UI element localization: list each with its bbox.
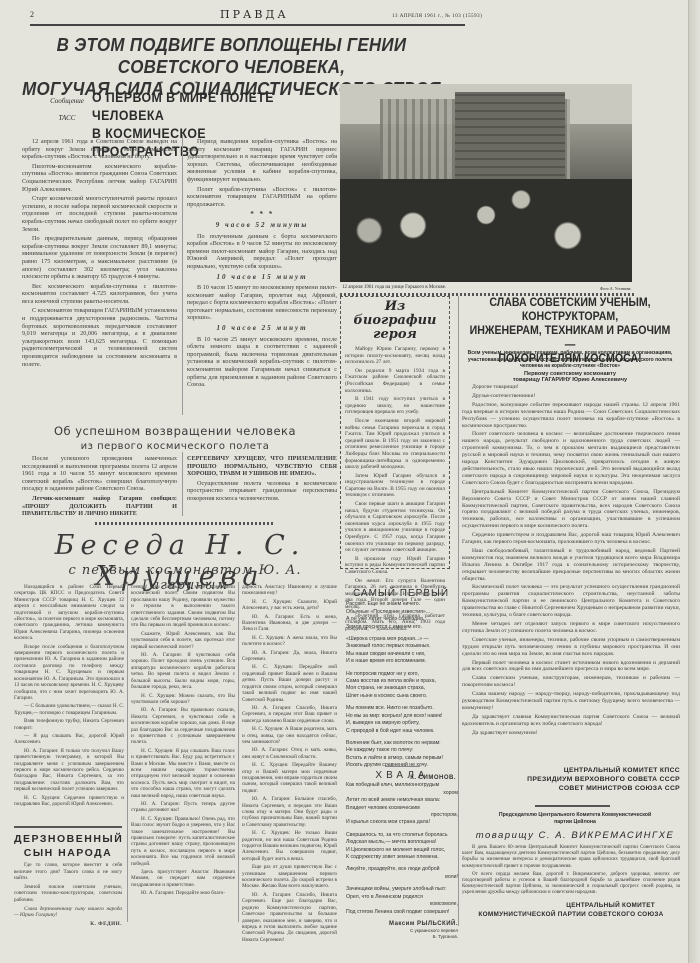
- poem-line: Свершилось то, за что столетья боролась: [346, 832, 458, 839]
- issue-date: 13 АПРЕЛЯ 1961 г., № 103 (15593): [392, 14, 482, 19]
- appeal-lead-text: Всем ученым, инженерам, техникам, рабочи…: [460, 350, 680, 370]
- appeal-lead: Всем ученым, инженерам, техникам, рабочи…: [460, 350, 680, 384]
- paragraph: Осуществление полета человека в космичес…: [187, 480, 337, 503]
- paragraph: В день Вашего 60-летия Центральный Комит…: [462, 845, 680, 870]
- paragraph: Н. С. Хрущев: Я рад слышать Ваш голос и …: [131, 748, 235, 799]
- poem-line: Встать и лайти в атмор, самым первым!: [346, 755, 456, 762]
- poem-line: Знакомый голос первых позывных.: [346, 643, 456, 650]
- paragraph: Вскоре после сообщения о благополучном з…: [14, 644, 124, 702]
- paragraph: Свои первые шаги в авиации Гагарин начал…: [345, 501, 445, 554]
- poem-line: К содружеству зовет земные племена.: [346, 854, 458, 861]
- derzhnovenny-text: Где то слово, которое вместит в себя вел…: [14, 862, 122, 927]
- stanza: Мы помним все. Никто не позабыто. Но мы …: [346, 705, 456, 735]
- paragraph: По полученным данным с борта космическог…: [187, 233, 337, 271]
- paragraph: Старт космической многоступенчатой ракет…: [22, 195, 177, 233]
- masthead: 2 ПРАВДА: [30, 8, 470, 30]
- section-divider: [385, 766, 420, 767]
- page-number: 2: [30, 10, 34, 19]
- appeal-addressee-name: товарищу ГАГАРИНУ Юрию Алексеевичу: [460, 377, 680, 384]
- appeal-text: Дорогие товарищи! Друзья-соотечественник…: [462, 384, 680, 739]
- tass-stars-top: * * *: [160, 80, 204, 88]
- paragraph: Майору Юрию Гагарину, первому в истории …: [345, 346, 445, 366]
- paragraph: В 10 часов 15 минут по московскому време…: [187, 284, 337, 322]
- paragraph: Н. С. Хрущев: Сердечно приветствую и поз…: [14, 795, 124, 808]
- time-heading: 9 часов 52 минуты: [187, 222, 337, 230]
- paragraph: Слава нашему народу — народу-творцу, нар…: [462, 691, 680, 712]
- paragraph: После окончания второй мировой войны сем…: [345, 418, 445, 471]
- section-divider: [14, 826, 122, 828]
- poem-line: комсомоле,: [346, 901, 458, 908]
- poem-line: Летит по всей земле немолчная хвала:: [346, 797, 458, 804]
- return-title-line2: из первого космического полета: [30, 439, 320, 455]
- paragraph: СЕРГЕЕВИЧУ ХРУЩЕВУ, ЧТО ПРИЗЕМЛЕНИЕ ПРОШ…: [187, 455, 337, 478]
- paragraph: Полет корабля-спутника «Восток» с пилото…: [187, 186, 337, 209]
- paragraph: Ю. А. Гагарин: Пусть теперь другие стран…: [131, 801, 235, 814]
- appeal-signatories: ЦЕНТРАЛЬНЫЙ КОМИТЕТ КПСС ПРЕЗИДИУМ ВЕРХО…: [470, 766, 680, 793]
- paragraph: Слава советским ученым, конструкторам, и…: [462, 675, 680, 689]
- crowd-photo: [340, 84, 632, 282]
- poem-line: Волнение бьет, как молоток по нервам:: [346, 740, 456, 747]
- poem-line: Зачинщики войны, умерьте злобный пыл:: [346, 886, 458, 893]
- page-edge: [688, 0, 700, 963]
- paragraph: Н. С. Хрущев: А Ваши родители, мать и от…: [242, 726, 337, 745]
- paragraph: После успешного проведения намеченных ис…: [22, 455, 177, 493]
- biography-title: Из биографии героя: [345, 300, 445, 342]
- poem-line: И, выведен на мирную орбиту,: [346, 720, 456, 727]
- paragraph: Период выведения корабля-спутника «Восто…: [187, 138, 337, 184]
- paragraph: Пилотом-космонавтом космического корабля…: [22, 163, 177, 193]
- stars-divider: * * *: [187, 211, 337, 219]
- return-title-line1: Об успешном возвращении человека: [30, 423, 320, 439]
- paragraph: От всего сердца желаем Вам, дорогой т. В…: [462, 872, 680, 897]
- khrushchev-column-2: сеевич! Вы первым в мире совершили косми…: [131, 584, 235, 899]
- tass-label-line2: ТАСС: [47, 110, 87, 127]
- stanza: Ликуйте, праздвуйте, все люди доброй вол…: [346, 866, 458, 881]
- paragraph: Скажите, Юрий Алексеевич, как Вы чувство…: [131, 631, 235, 650]
- translator: Б. Турганов.: [346, 934, 458, 940]
- paragraph: дарность Анастасу Ивановичу и лучшие пож…: [242, 584, 337, 597]
- greeting-heading-line2: партии Цейлона: [470, 819, 680, 826]
- paragraph: — Я рад слышать Вас, дорогой Юрий Алексе…: [14, 733, 124, 746]
- paragraph: Радостное, волнующее событие переживают …: [462, 402, 680, 430]
- paragraph: Здесь присутствует Анастас Иванович Мико…: [131, 869, 235, 888]
- poem-line: простором,: [346, 812, 458, 819]
- poem-line: Обычные «Последние известия»...: [346, 609, 456, 616]
- tass-column-1: 12 апреля 1961 года в Советском Союзе вы…: [22, 138, 177, 370]
- section-divider: [535, 805, 610, 807]
- paragraph: Ю. А. Гагарин: Да, знала, Никита Сергеев…: [242, 650, 337, 663]
- khrushchev-column-3: дарность Анастасу Ивановичу и лучшие пож…: [242, 584, 337, 945]
- return-title: Об успешном возвращении человека из перв…: [30, 423, 320, 455]
- paragraph: Сердечно приветствуем и поздравляем Вас,…: [462, 532, 680, 546]
- paragraph: 12 апреля 1961 года в Советском Союзе вы…: [22, 138, 177, 161]
- poem-line: С природой в бой идет наш человек.: [346, 728, 456, 735]
- paragraph: Советские ученые, инженеры, техники, раб…: [462, 637, 680, 658]
- paragraph: — С большим удовольствием,— сказал Н. С.…: [14, 703, 124, 716]
- paragraph: Первый полет человека в космос станет ис…: [462, 660, 680, 674]
- author: Максим РЫЛЬСКИЙ.: [346, 921, 458, 928]
- column-divider: [182, 452, 183, 516]
- greeting-addressee: товарищу С. А. ВИКРЕМАСИНГХЕ: [470, 830, 680, 841]
- poem-title: САМЫЙ ПЕРВЫЙ: [346, 590, 456, 597]
- paragraph: Земной поклон советским ученым, советски…: [14, 884, 122, 904]
- poem-line: И в наше время его вспоминаем.: [346, 658, 456, 665]
- paragraph: В 10 часов 25 минут московского времени,…: [187, 336, 337, 389]
- paragraph: Слава дерзновенному сыну нашего народа —…: [14, 906, 122, 919]
- khrushchev-column-1: Находящийся в районе Сочи Первый секрета…: [14, 584, 124, 809]
- column-divider: [458, 296, 459, 926]
- stanza: «Широка страна моя родная...» — Знакомый…: [346, 636, 456, 666]
- poem-line: Владеет человек космическим: [346, 805, 458, 812]
- paragraph: Да здравствует славная Коммунистическая …: [462, 714, 680, 728]
- poem-samy-pervy: САМЫЙ ПЕРВЫЙ Рассвет. Еще не знаем ничег…: [346, 590, 456, 782]
- photo-credit: Фото А. Устинова.: [600, 286, 631, 291]
- poem-line: Ликуйте, праздвуйте, все люди доброй: [346, 866, 458, 873]
- masthead-rule: [30, 24, 465, 26]
- stanza: Рассвет. Еще не знаем ничего. Обычные «П…: [346, 601, 456, 631]
- greeting-heading: Председателю Центрального Комитета Комму…: [470, 812, 680, 825]
- poem-title: ХВАЛА: [346, 772, 458, 779]
- paragraph: Полет советского человека в космос — вел…: [462, 431, 680, 486]
- paragraph: Н. С. Хрущев: Передайте мой сердечный пр…: [242, 664, 337, 702]
- poem-line: Земля проснется с именем его.: [346, 624, 456, 631]
- poem-line: Людская мысль,— мечта воплощена!: [346, 839, 458, 846]
- time-heading: 10 часов 15 минут: [187, 274, 337, 282]
- paragraph: Н. С. Хрущев: Передайте Вашему отцу и Ва…: [242, 762, 337, 794]
- biography-box: Из биографии героя Майору Юрию Гагарину,…: [340, 296, 450, 569]
- greeting-heading-line1: Председателю Центрального Комитета Комму…: [470, 812, 680, 819]
- poem-line: А он уже летит через созвездия,: [346, 616, 456, 623]
- poem-khvala: ХВАЛА Как победный клич, миллионногрудым…: [346, 772, 458, 939]
- greeting-signature-line2: КОММУНИСТИЧЕСКОЙ ПАРТИИ СОВЕТСКОГО СОЮЗА: [462, 911, 680, 920]
- biography-title-line2: героя: [345, 328, 445, 342]
- poem-line: Мы помним все. Никто не позабыто.: [346, 705, 456, 712]
- paragraph: Н. С. Хрущев: А жена знала, что Вы полет…: [242, 635, 337, 648]
- paragraph: В прошлом году Юрий Гагарин вступил в ря…: [345, 556, 445, 576]
- poem-line: воли!: [346, 874, 458, 881]
- poem-line: И Циолковского не молкнет вещий голос,: [346, 847, 458, 854]
- photo-building: [455, 92, 565, 192]
- stanza: Свершилось то, за что столетья боролась …: [346, 832, 458, 862]
- paragraph: Затем Юрий Гагарин обучался в индустриал…: [345, 473, 445, 499]
- signatory: ЦЕНТРАЛЬНЫЙ КОМИТЕТ КПСС: [470, 766, 680, 775]
- greeting-signature: ЦЕНТРАЛЬНЫЙ КОМИТЕТ КОММУНИСТИЧЕСКОЙ ПАР…: [462, 902, 680, 919]
- tass-label-line1: Сообщение: [47, 93, 87, 110]
- paragraph: Ю. А. Гагарин: Передайте мою благо-: [131, 890, 235, 896]
- paragraph: Ю. А. Гагарин: Есть и жена, Валентина Ив…: [242, 614, 337, 633]
- stanza: Как победный клич, миллионногрудым хором…: [346, 782, 458, 826]
- appeal-title-line2: ИНЖЕНЕРАМ, ТЕХНИКАМ И РАБОЧИМ—: [469, 324, 671, 352]
- return-column-2: СЕРГЕЕВИЧУ ХРУЩЕВУ, ЧТО ПРИЗЕМЛЕНИЕ ПРОШ…: [187, 455, 337, 505]
- poem-line: Моя страна, не знающая страха,: [346, 685, 456, 692]
- derzhnovenny-title-line1: ДЕРЗНОВЕННЫЙ: [14, 832, 122, 846]
- paragraph: Н. С. Хрущев: Не только Ваши родители, н…: [242, 830, 337, 862]
- greeting-signature-line1: ЦЕНТРАЛЬНЫЙ КОМИТЕТ: [462, 902, 680, 911]
- tass-title-line1: О ПЕРВОМ В МИРЕ ПОЛЕТЕ ЧЕЛОВЕКА: [92, 88, 303, 124]
- poem-line: И крылья сокола мои страна дала!: [346, 819, 458, 826]
- paper-name: ПРАВДА: [220, 8, 289, 21]
- paragraph: Ю. А. Гагарин: Спасибо, Никита Сергеевич…: [242, 892, 337, 943]
- poem-line: Рассвет. Еще не знаем ничего.: [346, 601, 456, 608]
- signatory: ПРЕЗИДИУМ ВЕРХОВНОГО СОВЕТА СССР: [470, 775, 680, 784]
- greeting-text: В день Вашего 60-летия Центральный Комит…: [462, 845, 680, 899]
- appeal-title-line1: СЛАВА СОВЕТСКИМ УЧЕНЫМ, КОНСТРУКТОРАМ,: [469, 296, 671, 324]
- tass-label: Сообщение ТАСС: [47, 93, 87, 127]
- poem-line: Под стягом Ленина свой подвиг совершил!: [346, 909, 458, 916]
- paragraph: Ю. А. Гагарин: Я чувствовал себя хорошо.…: [131, 652, 235, 690]
- poem-line: Мы наши сводки начинали с них,: [346, 651, 456, 658]
- author: К. ФЕДИН.: [14, 921, 122, 928]
- paragraph: Ю. А. Гагарин: Отец и мать живы, они жив…: [242, 747, 337, 760]
- paragraph: Н. С. Хрущев: Правильно! Очень рад, что …: [131, 816, 235, 867]
- signatory: СОВЕТ МИНИСТРОВ СОЮЗА ССР: [470, 784, 680, 793]
- paragraph: Он родился 9 марта 1934 года в Гжатском …: [345, 368, 445, 394]
- column-divider: [238, 582, 239, 922]
- tass-column-2: Период выведения корабля-спутника «Восто…: [187, 138, 337, 391]
- newspaper-page: 2 ПРАВДА 13 АПРЕЛЯ 1961 г., № 103 (15593…: [0, 0, 690, 963]
- poem-line: Орел, что в Ленинском родился: [346, 894, 458, 901]
- paragraph: Да здравствует коммунизм!: [462, 730, 680, 737]
- derzhnovenny-title-line2: СЫН НАРОДА: [14, 846, 122, 860]
- main-headline-line1: В ЭТОМ ПОДВИГЕ ВОПЛОЩЕНЫ ГЕНИИ СОВЕТСКОГ…: [20, 34, 443, 78]
- paragraph: Н. С. Хрущев: Скажите, Юрий Алексеевич, …: [242, 599, 337, 612]
- paragraph: Летчик-космонавт майор Гагарин сообщил: …: [22, 495, 177, 518]
- photo-crowd: [340, 179, 632, 282]
- poem-line: Не попросив подмог ни у кого,: [346, 671, 456, 678]
- paragraph: Ю. А. Гагарин: Вы правильно сказали, Ник…: [131, 707, 235, 745]
- paragraph: В 1941 году поступил учиться в среднюю ш…: [345, 396, 445, 416]
- paragraph: Еще раз от души приветствую Вас с успешн…: [242, 864, 337, 890]
- poem-line: Но мы за мир: всерьез! для всех! навек!: [346, 713, 456, 720]
- paragraph: Центральный Комитет Коммунистической пар…: [462, 489, 680, 530]
- stanza: Не попросив подмог ни у кого, Сама восст…: [346, 671, 456, 701]
- derzhnovenny-title: ДЕРЗНОВЕННЫЙ СЫН НАРОДА: [14, 832, 122, 860]
- paragraph: С космонавтом товарищем ГАГАРИНЫМ устано…: [22, 307, 177, 368]
- paragraph: Космический полет человека — это результ…: [462, 584, 680, 619]
- poem-line: Как победный клич, миллионногрудым: [346, 782, 458, 789]
- paragraph: Дорогие товарищи!: [462, 384, 680, 391]
- paragraph: Наш свободолюбивый, талантливый и трудол…: [462, 548, 680, 583]
- time-heading: 10 часов 25 минут: [187, 325, 337, 333]
- wavy-divider: [95, 522, 275, 525]
- stanza: Зачинщики войны, умерьте злобный пыл: Ор…: [346, 886, 458, 916]
- poem-line: Не каждому такое по плечу:: [346, 747, 456, 754]
- return-column-1: После успешного проведения намеченных ис…: [22, 455, 177, 520]
- paragraph: сеевич! Вы первым в мире совершили косми…: [131, 584, 235, 629]
- paragraph: По предварительным данным, период обраще…: [22, 235, 177, 281]
- paragraph: Где то слово, которое вместит в себя вел…: [14, 862, 122, 882]
- biography-title-line1: Из биографии: [345, 300, 445, 328]
- column-divider: [127, 582, 128, 922]
- paragraph: Взяв телефонную трубку, Никита Сергеевич…: [14, 718, 124, 731]
- paragraph: Находящийся в районе Сочи Первый секрета…: [14, 584, 124, 642]
- paragraph: Менее четырех лет отделяют запуск первог…: [462, 621, 680, 635]
- column-divider: [182, 135, 183, 415]
- paragraph: Вес космического корабля-спутника с пило…: [22, 283, 177, 306]
- paragraph: Ю. А. Гагарин: Большое спасибо, Никита С…: [242, 796, 337, 828]
- poem-line: Сама восстав из пепла войн и праха,: [346, 678, 456, 685]
- paragraph: Ю. А. Гагарин: Спасибо, Никита Сергеевич…: [242, 705, 337, 724]
- photo-caption: 12 апреля 1961 года на улице Горького в …: [342, 285, 632, 290]
- paragraph: Ю. А. Гагарин: Я только что получил Вашу…: [14, 748, 124, 793]
- poem-line: Шлет ныне в космос сына своего.: [346, 693, 456, 700]
- paragraph: Н. С. Хрущев: Можно сказать, что Вы чувс…: [131, 693, 235, 706]
- paragraph: Друзья-соотечественники!: [462, 393, 680, 400]
